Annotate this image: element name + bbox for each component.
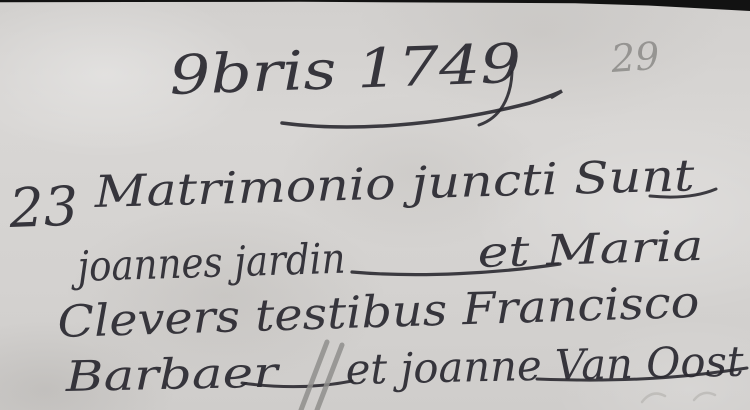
entry-line-4-left: Barbaer	[64, 347, 282, 401]
faint-bleedthrough-mark	[642, 394, 665, 402]
entry-number: 23	[7, 175, 79, 240]
faint-bleedthrough-mark	[694, 393, 715, 400]
entry-line-4-right: et joanne Van Oost	[345, 337, 744, 394]
entry-line-2-left-group: joannes jardin	[70, 234, 346, 292]
entry-line-4-left-group: Barbaer	[64, 347, 282, 401]
entry-line-2-right: et Maria	[477, 221, 704, 277]
header-date-group: 9bris 1749	[168, 32, 522, 107]
page-number: 29	[609, 34, 661, 81]
entry-number-group: 23	[7, 175, 79, 240]
entry-line-1-group: Matrimonio juncti Sunt	[93, 150, 696, 218]
entry-line-2-right-group: et Maria	[477, 221, 704, 277]
manuscript-layer: 9bris 1749 29 23 Matrimonio juncti Sunt …	[0, 0, 750, 410]
header-date: 9bris 1749	[168, 32, 522, 107]
entry-line-2-left: joannes jardin	[70, 234, 346, 292]
scan-edge-top	[0, 0, 750, 11]
page-number-group: 29	[609, 34, 661, 81]
entry-line-4-right-group: et joanne Van Oost	[345, 337, 744, 394]
entry-line-1: Matrimonio juncti Sunt	[93, 150, 696, 218]
register-page-scan: 9bris 1749 29 23 Matrimonio juncti Sunt …	[0, 0, 750, 410]
